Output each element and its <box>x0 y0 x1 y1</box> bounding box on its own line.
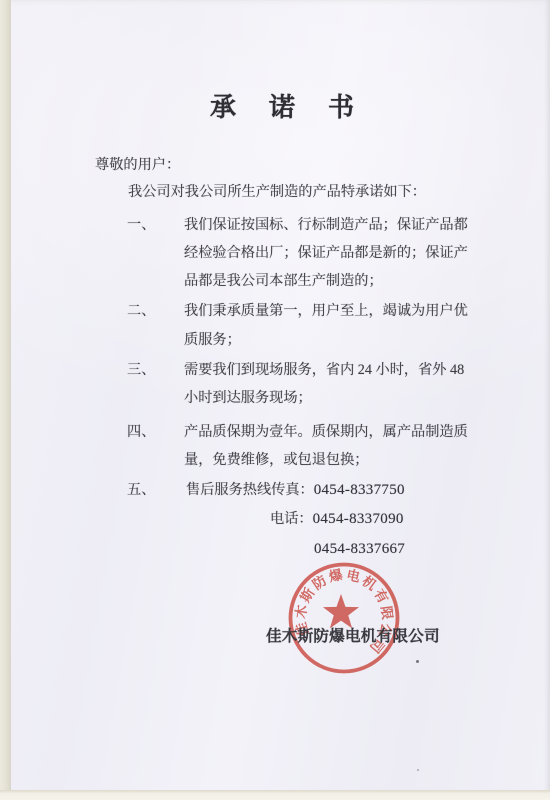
intro-line: 我公司对我公司所生产制造的产品特承诺如下： <box>128 183 426 201</box>
scanner-left-edge <box>0 0 11 800</box>
phone-number: 0454-8337090 <box>313 511 404 527</box>
company-name: 佳木斯防爆电机有限公司 <box>266 628 440 646</box>
item-2-number: 二、 <box>127 302 155 320</box>
phone-line: 电话：0454-8337090 <box>270 510 404 528</box>
svg-text:限: 限 <box>378 605 395 621</box>
fax-number: 0454-8337750 <box>314 482 405 498</box>
item-2-line-1: 我们秉承质量第一，用户至上，竭诚为用户优 <box>184 302 468 320</box>
scanned-document-page: 承诺书 尊敬的用户： 我公司对我公司所生产制造的产品特承诺如下： 一、 我们保证… <box>0 0 550 800</box>
item-3-number: 三、 <box>127 361 155 379</box>
scanner-bottom-edge <box>0 790 550 800</box>
svg-text:电: 电 <box>345 566 362 585</box>
item-1-line-3: 品都是我公司本部生产制造的； <box>184 272 383 290</box>
item-3-line-1: 需要我们到现场服务，省内 24 小时，省外 48 <box>184 361 464 379</box>
item-1-line-1: 我们保证按国标、行标制造产品；保证产品都 <box>184 216 468 234</box>
item-3-line-2: 小时到达服务现场； <box>184 389 312 407</box>
item-1-line-2: 经检验合格出厂；保证产品都是新的；保证产 <box>184 244 468 262</box>
item-2-line-2: 质服务； <box>184 331 241 349</box>
phone-label: 电话： <box>270 511 313 527</box>
item-1-number: 一、 <box>127 216 155 234</box>
salutation: 尊敬的用户： <box>95 156 180 174</box>
item-4-line-1: 产品质保期为壹年。质保期内，属产品制造质 <box>184 423 468 441</box>
item-5-number: 五、 <box>127 481 155 499</box>
company-seal: 佳木斯防爆电机有限公司 <box>279 553 409 683</box>
item-4-number: 四、 <box>127 423 155 441</box>
fax-line: 售后服务热线传真：0454-8337750 <box>186 481 405 499</box>
svg-text:爆: 爆 <box>327 566 345 585</box>
scan-speck <box>417 769 419 771</box>
seal-star <box>323 594 359 628</box>
item-4-line-2: 量，免费维修，或包退包换； <box>184 451 368 469</box>
document-title: 承诺书 <box>210 94 387 122</box>
fax-label: 售后服务热线传真： <box>186 482 314 498</box>
svg-text:木: 木 <box>292 603 310 619</box>
scan-speck <box>416 660 419 663</box>
